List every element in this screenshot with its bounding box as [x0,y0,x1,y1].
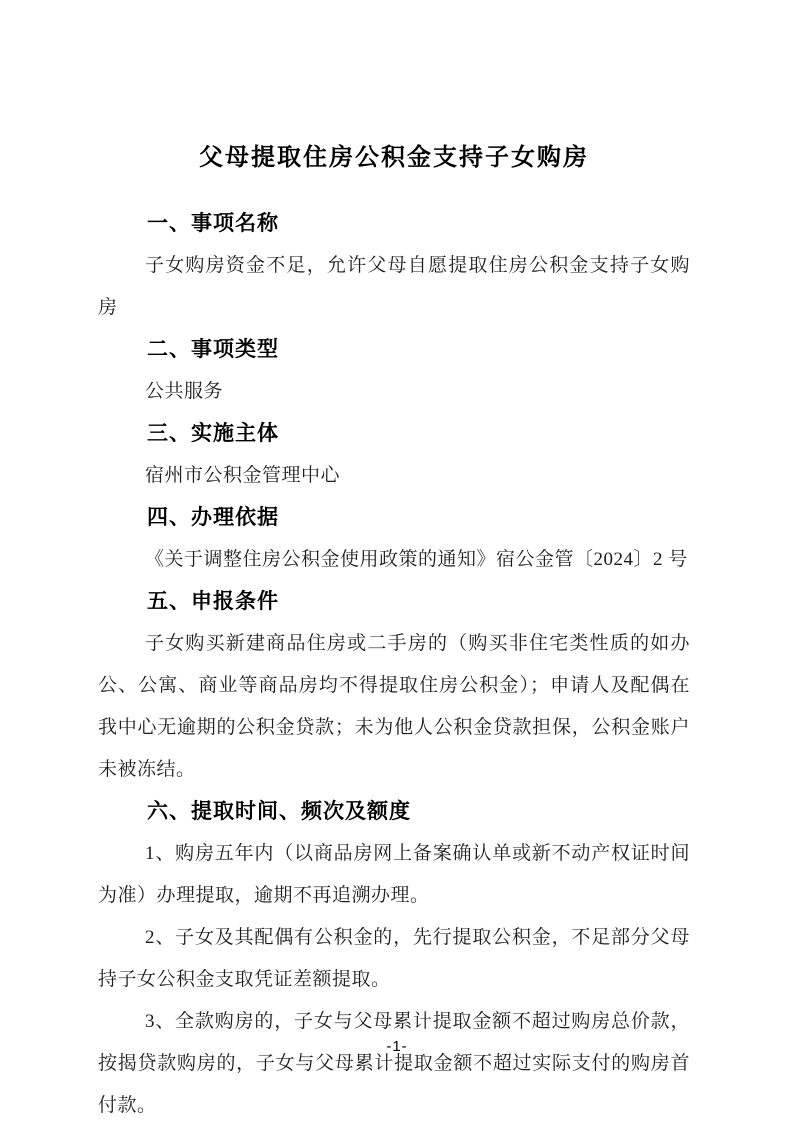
page-footer: -1- [0,1038,794,1056]
document-page: 父母提取住房公积金支持子女购房 一、事项名称 子女购房资金不足，允许父母自愿提取… [0,0,794,1122]
section-paragraph-rule-2: 2、子女及其配偶有公积金的，先行提取公积金，不足部分父母持子女公积金支取凭证差额… [98,917,690,1001]
section-withdrawal-rules: 六、提取时间、频次及额度 1、购房五年内（以商品房网上备案确认单或新不动产权证时… [98,791,690,1122]
section-paragraph-rule-1: 1、购房五年内（以商品房网上备案确认单或新不动产权证时间为准）办理提取，逾期不再… [98,833,690,917]
section-application-conditions: 五、申报条件 子女购买新建商品住房或二手房的（购买非住宅类性质的如办公、公寓、商… [98,581,690,791]
section-item-type: 二、事项类型 公共服务 [98,329,690,413]
section-heading-withdrawal-rules: 六、提取时间、频次及额度 [98,791,690,833]
section-heading-legal-basis: 四、办理依据 [98,497,690,539]
section-paragraph: 《关于调整住房公积金使用政策的通知》宿公金管〔2024〕2 号 [98,539,690,581]
section-paragraph: 公共服务 [98,371,690,413]
section-heading-item-type: 二、事项类型 [98,329,690,371]
section-heading-application-conditions: 五、申报条件 [98,581,690,623]
section-heading-item-name: 一、事项名称 [98,203,690,245]
document-title: 父母提取住房公积金支持子女购房 [98,137,690,179]
section-item-name: 一、事项名称 子女购房资金不足，允许父母自愿提取住房公积金支持子女购房 [98,203,690,329]
section-heading-implementing-body: 三、实施主体 [98,413,690,455]
section-paragraph-rule-3: 3、全款购房的，子女与父母累计提取金额不超过购房总价款，按揭贷款购房的，子女与父… [98,1001,690,1122]
section-paragraph: 子女购房资金不足，允许父母自愿提取住房公积金支持子女购房 [98,245,690,329]
section-implementing-body: 三、实施主体 宿州市公积金管理中心 [98,413,690,497]
section-paragraph: 宿州市公积金管理中心 [98,455,690,497]
section-legal-basis: 四、办理依据 《关于调整住房公积金使用政策的通知》宿公金管〔2024〕2 号 [98,497,690,581]
page-number: -1- [386,1038,407,1055]
section-paragraph: 子女购买新建商品住房或二手房的（购买非住宅类性质的如办公、公寓、商业等商品房均不… [98,623,690,791]
